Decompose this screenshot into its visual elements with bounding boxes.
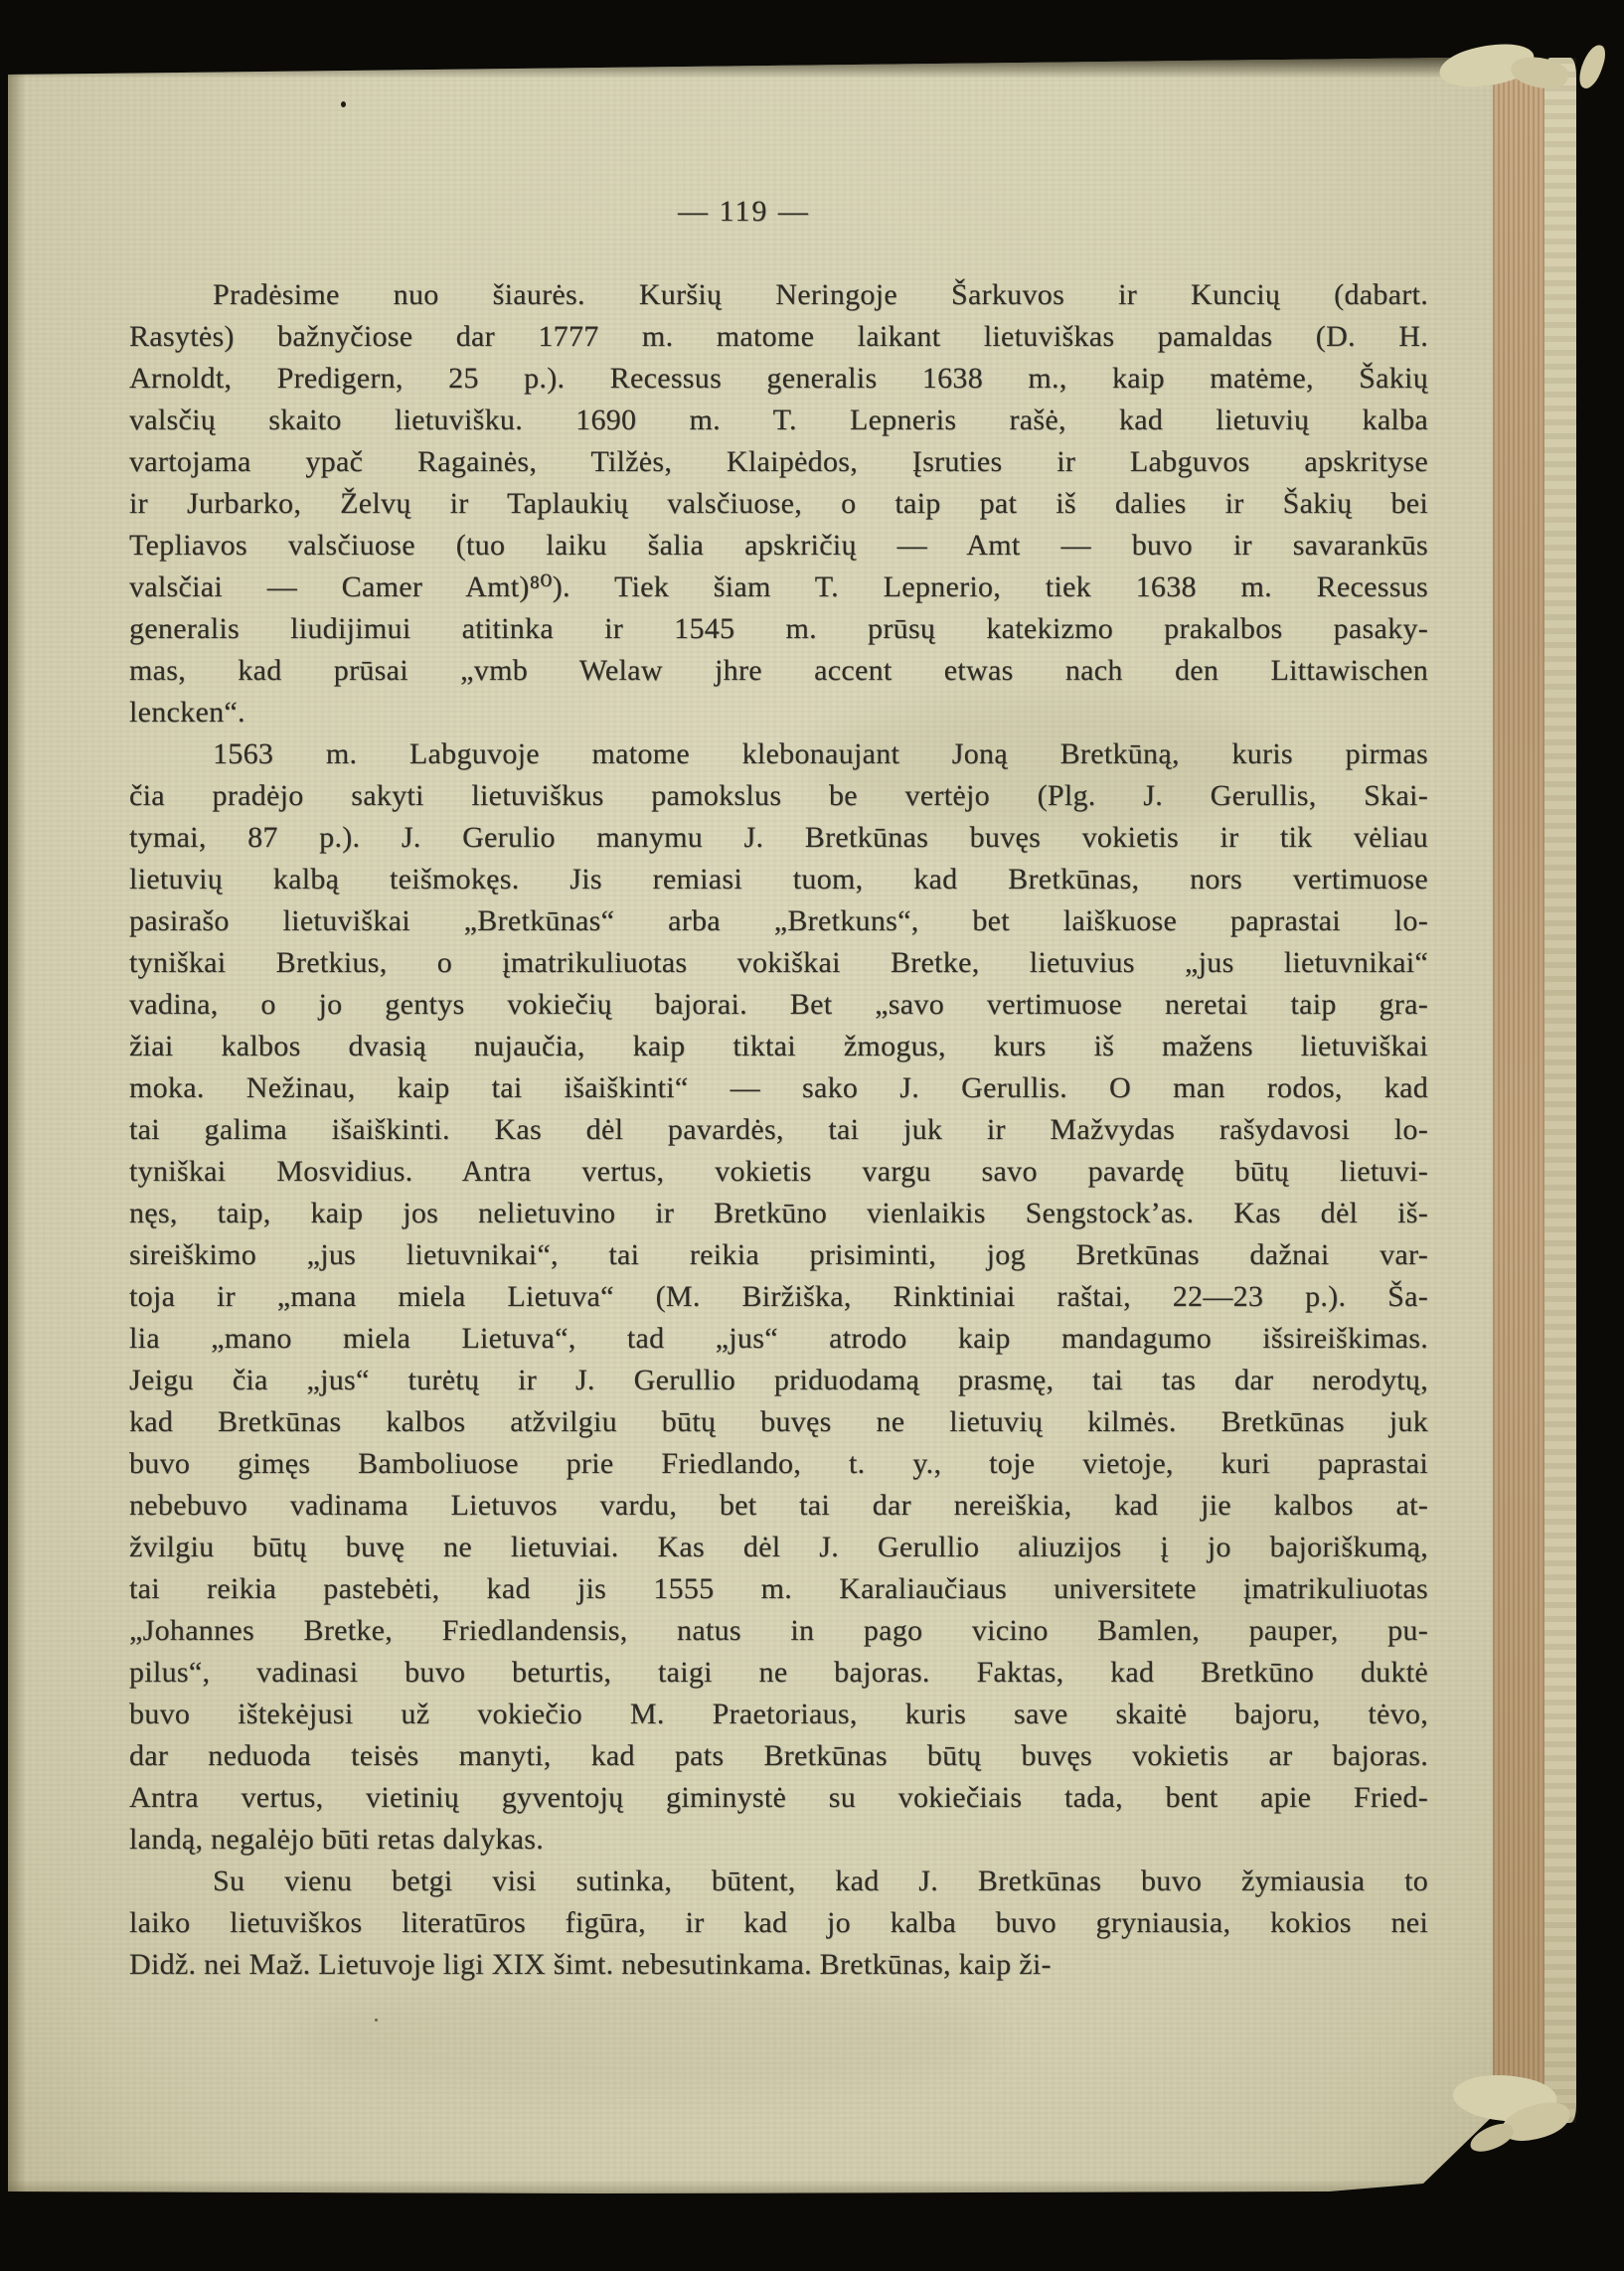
page-number: — 119 — bbox=[94, 195, 1393, 229]
text-line: landą, negalėjo būti retas dalykas. bbox=[129, 1819, 1428, 1861]
paragraph: Su vienu betgi visi sutinka, būtent, kad… bbox=[129, 1861, 1428, 1986]
text-line: žiai kalbos dvasią nujaučia, kaip tiktai… bbox=[129, 1026, 1428, 1067]
paragraph: Pradėsime nuo šiaurės. Kuršių Neringoje … bbox=[129, 274, 1428, 733]
text-line: lia „mano miela Lietuva“, tad „jus“ atro… bbox=[129, 1318, 1428, 1360]
scanned-book-photo: — 119 — Pradėsime nuo šiaurės. Kuršių Ne… bbox=[0, 0, 1624, 2271]
text-line: tyniškai Mosvidius. Antra vertus, vokiet… bbox=[129, 1151, 1428, 1193]
text-line: sireiškimo „jus lietuvnikai“, tai reikia… bbox=[129, 1234, 1428, 1276]
text-line: buvo ištekėjusi už vokiečio M. Praetoria… bbox=[129, 1694, 1428, 1735]
text-line: toja ir „mana miela Lietuva“ (M. Biržišk… bbox=[129, 1276, 1428, 1318]
book-cover-edge bbox=[1544, 58, 1576, 2123]
ink-speck bbox=[375, 2019, 378, 2022]
text-line: Su vienu betgi visi sutinka, būtent, kad… bbox=[129, 1861, 1428, 1902]
book-fore-edge bbox=[1493, 62, 1544, 2117]
text-line: 1563 m. Labguvoje matome klebonaujant Jo… bbox=[129, 733, 1428, 775]
text-line: tai galima išaiškinti. Kas dėl pavardės,… bbox=[129, 1109, 1428, 1151]
text-line: lietuvių kalbą teišmokęs. Jis remiasi tu… bbox=[129, 859, 1428, 900]
text-line: Pradėsime nuo šiaurės. Kuršių Neringoje … bbox=[129, 274, 1428, 316]
ink-speck bbox=[341, 101, 346, 107]
text-line: valsčiai — Camer Amt)⁸⁰). Tiek šiam T. L… bbox=[129, 567, 1428, 608]
text-line: „Johannes Bretke, Friedlandensis, natus … bbox=[129, 1610, 1428, 1652]
text-line: dar neduoda teisės manyti, kad pats Bret… bbox=[129, 1735, 1428, 1777]
text-line: Rasytės) bažnyčiose dar 1777 m. matome l… bbox=[129, 316, 1428, 358]
paragraph: 1563 m. Labguvoje matome klebonaujant Jo… bbox=[129, 733, 1428, 1861]
text-line: nęs, taip, kaip jos nelietuvino ir Bretk… bbox=[129, 1193, 1428, 1234]
text-line: tymai, 87 p.). J. Gerulio manymu J. Bret… bbox=[129, 817, 1428, 859]
text-line: moka. Nežinau, kaip tai išaiškinti“ — sa… bbox=[129, 1067, 1428, 1109]
text-line: tyniškai Bretkius, o įmatrikuliuotas vok… bbox=[129, 942, 1428, 984]
text-line: pasirašo lietuviškai „Bretkūnas“ arba „B… bbox=[129, 900, 1428, 942]
text-line: tai reikia pastebėti, kad jis 1555 m. Ka… bbox=[129, 1568, 1428, 1610]
text-line: nebebuvo vadinama Lietuvos vardu, bet ta… bbox=[129, 1485, 1428, 1527]
text-line: pilus“, vadinasi buvo beturtis, taigi ne… bbox=[129, 1652, 1428, 1694]
text-line: vartojama ypač Ragainės, Tilžės, Klaipėd… bbox=[129, 441, 1428, 483]
text-line: laiko lietuviškos literatūros figūra, ir… bbox=[129, 1902, 1428, 1944]
text-line: Jeigu čia „jus“ turėtų ir J. Gerullio pr… bbox=[129, 1360, 1428, 1401]
frayed-corner-top bbox=[1575, 42, 1608, 91]
text-line: vadina, o jo gentys vokiečių bajorai. Be… bbox=[129, 984, 1428, 1026]
text-line: Antra vertus, vietinių gyventojų giminys… bbox=[129, 1777, 1428, 1819]
text-block: Pradėsime nuo šiaurės. Kuršių Neringoje … bbox=[129, 274, 1428, 1986]
text-line: generalis liudijimui atitinka ir 1545 m.… bbox=[129, 608, 1428, 650]
text-line: Tepliavos valsčiuose (tuo laiku šalia ap… bbox=[129, 525, 1428, 567]
text-line: Arnoldt, Predigern, 25 p.). Recessus gen… bbox=[129, 358, 1428, 400]
text-line: ir Jurbarko, Želvų ir Taplaukių valsčiuo… bbox=[129, 483, 1428, 525]
text-line: žvilgiu būtų buvę ne lietuviai. Kas dėl … bbox=[129, 1527, 1428, 1568]
text-line: kad Bretkūnas kalbos atžvilgiu būtų buvę… bbox=[129, 1401, 1428, 1443]
text-line: mas, kad prūsai „vmb Welaw jhre accent e… bbox=[129, 650, 1428, 692]
text-line: buvo gimęs Bamboliuose prie Friedlando, … bbox=[129, 1443, 1428, 1485]
text-line: lencken“. bbox=[129, 692, 1428, 733]
text-line: Didž. nei Maž. Lietuvoje ligi XIX šimt. … bbox=[129, 1944, 1428, 1986]
text-line: čia pradėjo sakyti lietuviškus pamokslus… bbox=[129, 775, 1428, 817]
text-line: valsčių skaito lietuvišku. 1690 m. T. Le… bbox=[129, 400, 1428, 441]
